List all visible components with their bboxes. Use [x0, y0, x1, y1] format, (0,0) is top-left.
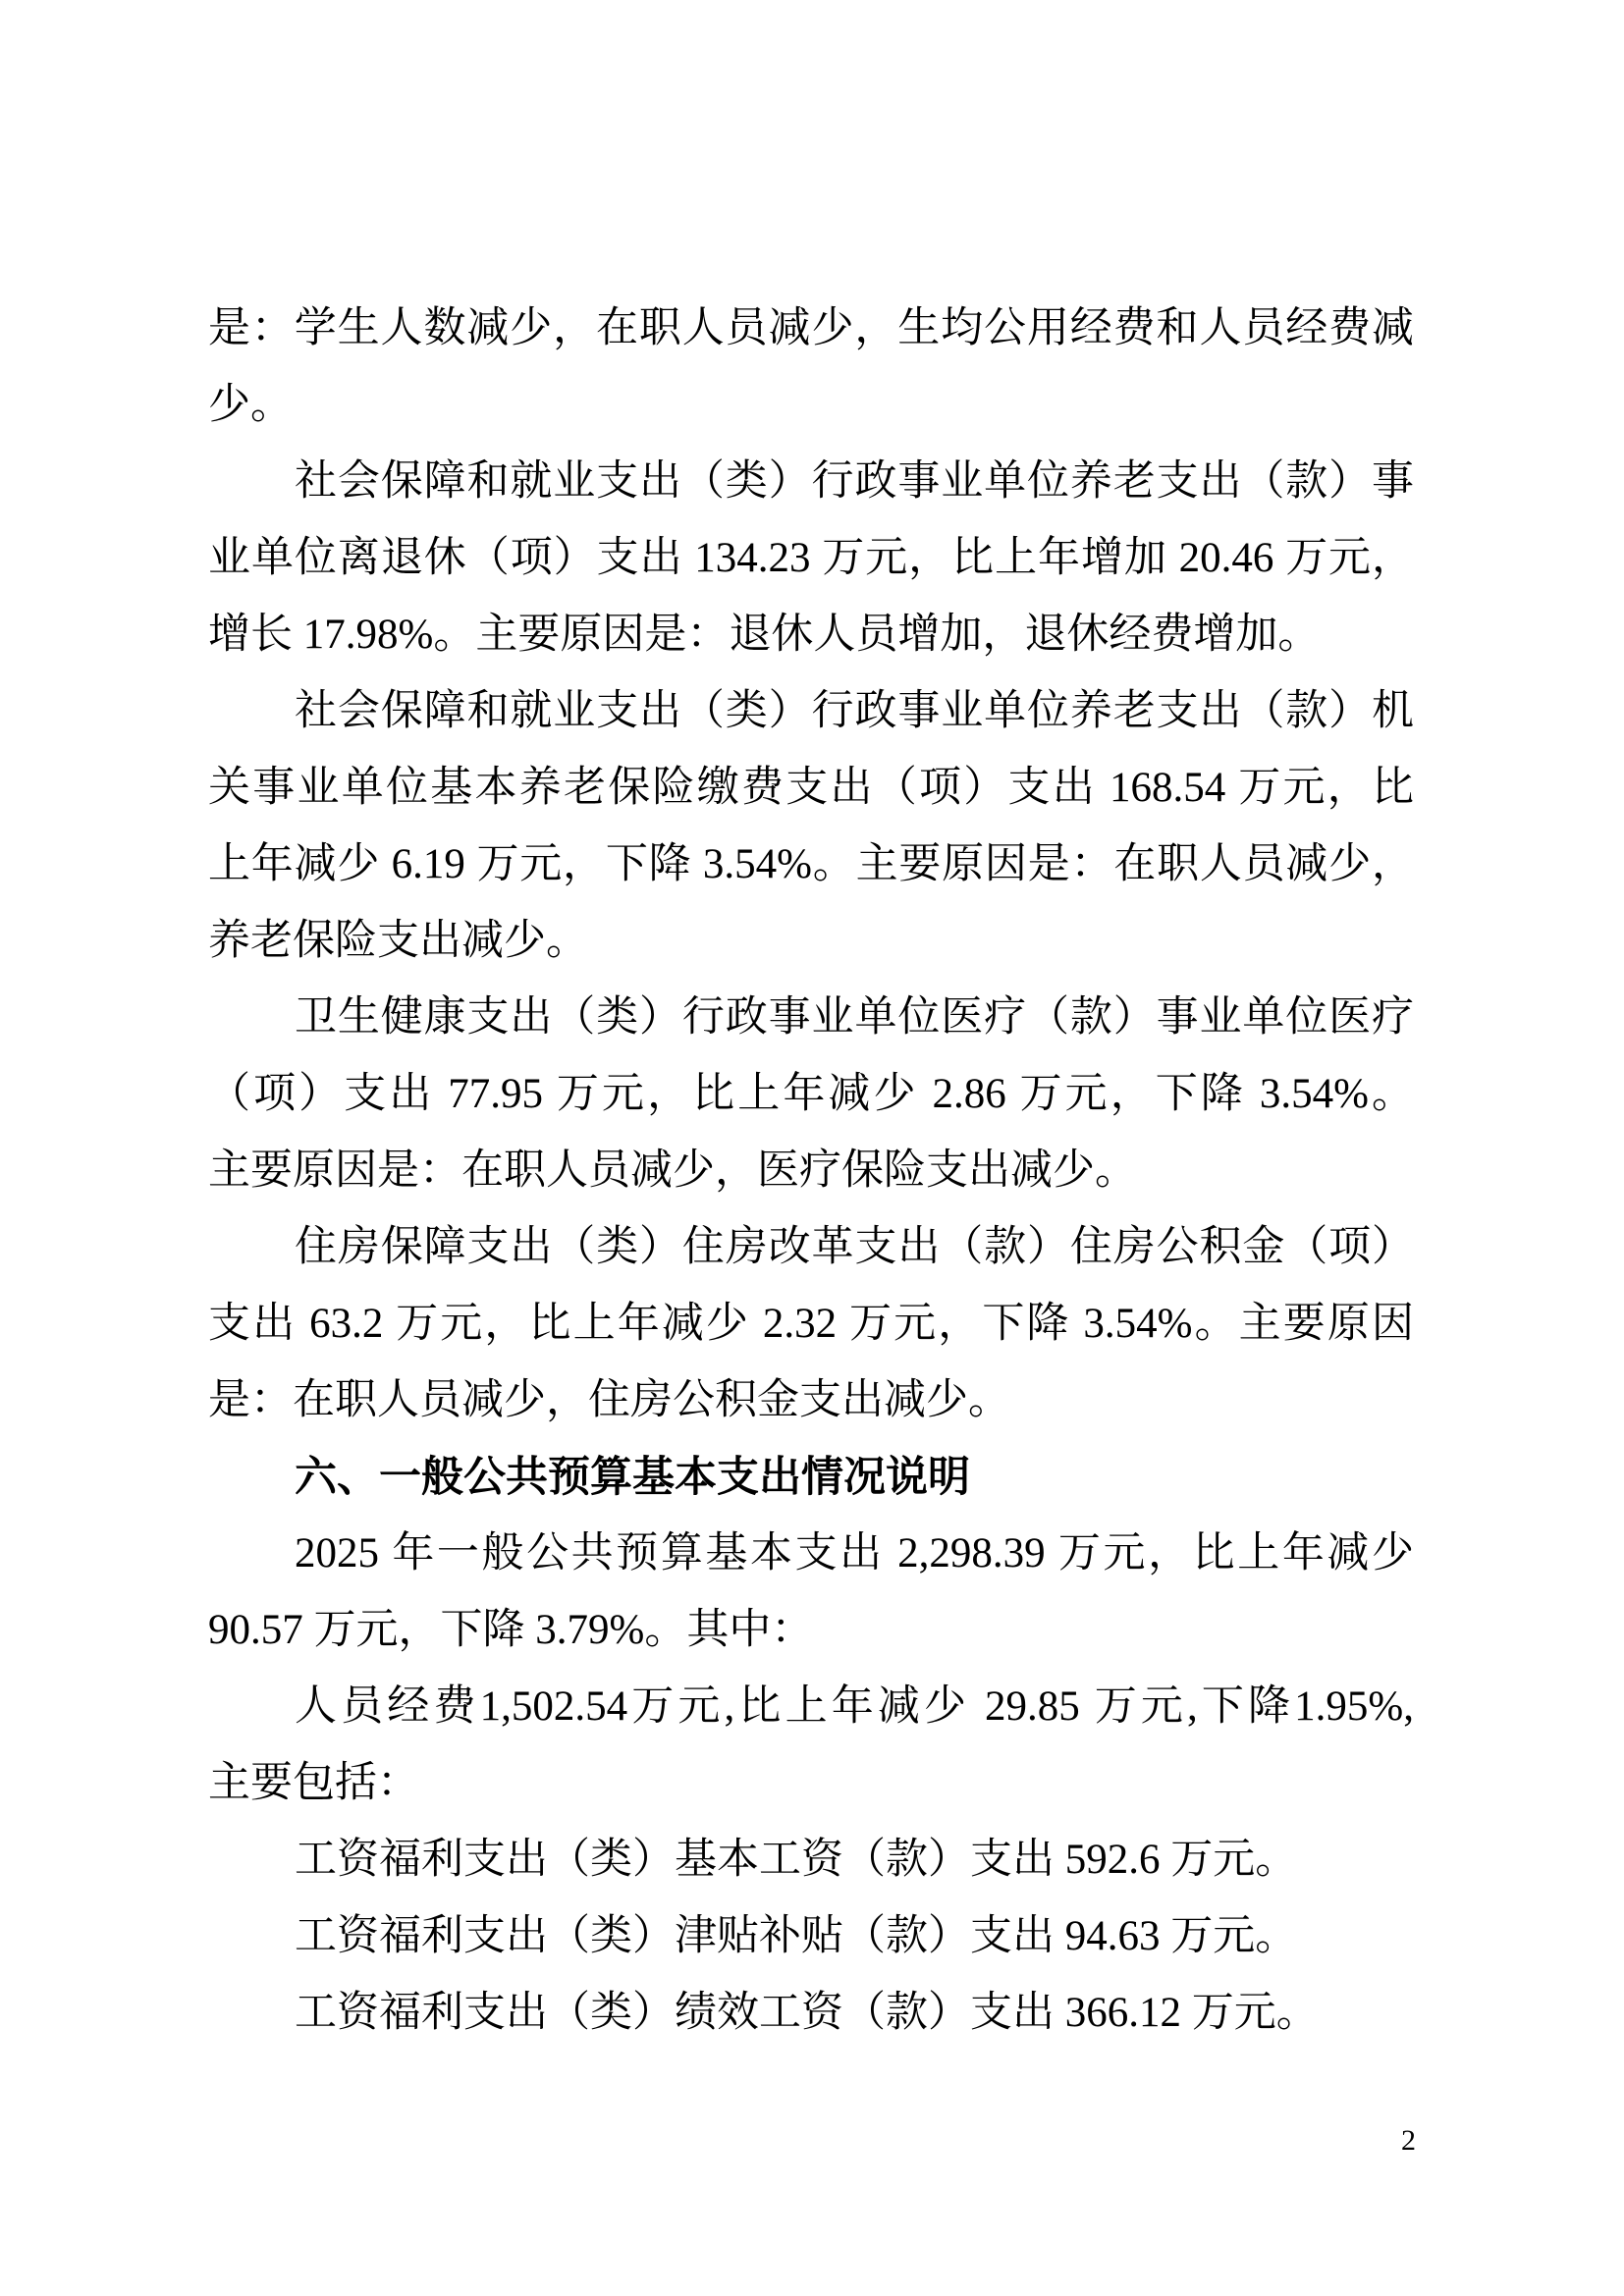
- paragraph: 工资福利支出（类）津贴补贴（款）支出 94.63 万元。: [208, 1898, 1414, 1975]
- paragraph: 卫生健康支出（类）行政事业单位医疗（款）事业单位医疗（项）支出 77.95 万元…: [208, 980, 1414, 1209]
- text-line: 社会保障和就业支出（类）行政事业单位养老支出（款）事: [208, 444, 1414, 520]
- paragraph: 工资福利支出（类）绩效工资（款）支出 366.12 万元。: [208, 1975, 1414, 2052]
- text-line: 六、一般公共预算基本支出情况说明: [208, 1439, 1414, 1516]
- paragraph: 2025 年一般公共预算基本支出 2,298.39 万元，比上年减少90.57 …: [208, 1516, 1414, 1669]
- text-line: 少。: [208, 367, 1414, 444]
- paragraph: 工资福利支出（类）基本工资（款）支出 592.6 万元。: [208, 1822, 1414, 1898]
- text-line: 卫生健康支出（类）行政事业单位医疗（款）事业单位医疗: [208, 980, 1414, 1056]
- text-line: 主要包括：: [208, 1745, 1414, 1822]
- page-number: 2: [1401, 2126, 1416, 2156]
- text-line: 养老保险支出减少。: [208, 903, 1414, 980]
- paragraph: 住房保障支出（类）住房改革支出（款）住房公积金（项）支出 63.2 万元，比上年…: [208, 1209, 1414, 1439]
- text-line: 关事业单位基本养老保险缴费支出（项）支出 168.54 万元，比: [208, 750, 1414, 827]
- paragraph: 社会保障和就业支出（类）行政事业单位养老支出（款）事业单位离退休（项）支出 13…: [208, 444, 1414, 673]
- text-line: 业单位离退休（项）支出 134.23 万元，比上年增加 20.46 万元，: [208, 520, 1414, 597]
- text-line: （项）支出 77.95 万元，比上年减少 2.86 万元，下降 3.54%。: [208, 1056, 1414, 1133]
- text-line: 人员经费1,502.54万元,比上年减少 29.85 万元,下降1.95%,: [208, 1669, 1414, 1745]
- text-line: 是：学生人数减少，在职人员减少，生均公用经费和人员经费减: [208, 291, 1414, 367]
- paragraph: 社会保障和就业支出（类）行政事业单位养老支出（款）机关事业单位基本养老保险缴费支…: [208, 673, 1414, 980]
- text-line: 工资福利支出（类）津贴补贴（款）支出 94.63 万元。: [208, 1898, 1414, 1975]
- text-line: 是：在职人员减少，住房公积金支出减少。: [208, 1362, 1414, 1439]
- text-line: 2025 年一般公共预算基本支出 2,298.39 万元，比上年减少: [208, 1516, 1414, 1592]
- text-line: 上年减少 6.19 万元，下降 3.54%。主要原因是：在职人员减少，: [208, 827, 1414, 903]
- document-page: 是：学生人数减少，在职人员减少，生均公用经费和人员经费减少。社会保障和就业支出（…: [0, 0, 1624, 2296]
- text-line: 增长 17.98%。主要原因是：退休人员增加，退休经费增加。: [208, 597, 1414, 673]
- text-line: 90.57 万元，下降 3.79%。其中：: [208, 1592, 1414, 1669]
- text-line: 住房保障支出（类）住房改革支出（款）住房公积金（项）: [208, 1209, 1414, 1286]
- text-line: 社会保障和就业支出（类）行政事业单位养老支出（款）机: [208, 673, 1414, 750]
- text-line: 主要原因是：在职人员减少，医疗保险支出减少。: [208, 1133, 1414, 1209]
- paragraph: 人员经费1,502.54万元,比上年减少 29.85 万元,下降1.95%,主要…: [208, 1669, 1414, 1822]
- paragraph: 是：学生人数减少，在职人员减少，生均公用经费和人员经费减少。: [208, 291, 1414, 444]
- document-body-text: 是：学生人数减少，在职人员减少，生均公用经费和人员经费减少。社会保障和就业支出（…: [208, 291, 1414, 2052]
- text-line: 工资福利支出（类）绩效工资（款）支出 366.12 万元。: [208, 1975, 1414, 2052]
- text-line: 支出 63.2 万元，比上年减少 2.32 万元，下降 3.54%。主要原因: [208, 1286, 1414, 1362]
- text-line: 工资福利支出（类）基本工资（款）支出 592.6 万元。: [208, 1822, 1414, 1898]
- section-heading: 六、一般公共预算基本支出情况说明: [208, 1439, 1414, 1516]
